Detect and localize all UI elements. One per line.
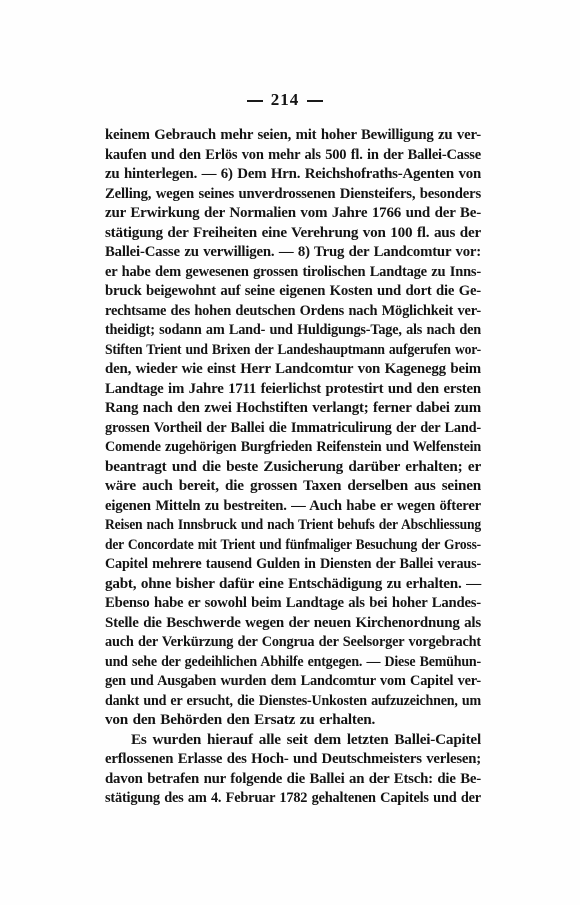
right-dash — [307, 100, 323, 102]
page-number-header: 214 — [0, 90, 570, 110]
text-line: grossen Vortheil der Ballei die Immatric… — [105, 418, 481, 438]
text-line: beantragt und die beste Zusicherung darü… — [105, 457, 481, 477]
text-line-paragraph-end: von den Behörden den Ersatz zu erhalten. — [105, 710, 481, 730]
text-line: theidigt; sodann am Land- und Huldigungs… — [105, 320, 481, 340]
text-line: eigenen Mitteln zu bestreiten. — Auch ha… — [105, 496, 481, 516]
text-line: zur Erwirkung der Normalien vom Jahre 17… — [105, 203, 481, 223]
text-line: Stelle die Beschwerde wegen der neuen Ki… — [105, 613, 481, 633]
page-number: 214 — [271, 90, 300, 109]
text-line: Ballei-Casse zu verwilligen. — 8) Trug d… — [105, 242, 481, 262]
text-line: Capitel mehrere tausend Gulden in Dienst… — [105, 554, 481, 574]
body-text: keinem Gebrauch mehr seien, mit hoher Be… — [105, 125, 481, 808]
text-line: gen und Ausgaben wurden dem Landcomtur v… — [105, 671, 481, 691]
text-line: keinem Gebrauch mehr seien, mit hoher Be… — [105, 125, 481, 145]
text-line: Landtage im Jahre 1711 feierlichst prote… — [105, 379, 481, 399]
text-line: Rang nach den zwei Hochstiften verlangt;… — [105, 398, 481, 418]
text-line: bruck beigewohnt auf seine eigenen Koste… — [105, 281, 481, 301]
text-line: Reisen nach Innsbruck und nach Trient be… — [105, 515, 481, 535]
text-line: kaufen und den Erlös von mehr als 500 fl… — [105, 145, 481, 165]
text-line: er habe dem gewesenen grossen tirolische… — [105, 262, 481, 282]
left-dash — [247, 100, 263, 102]
text-line: auch der Verkürzung der Congrua der Seel… — [105, 632, 481, 652]
text-line: dankt und er ersucht, die Dienstes-Unkos… — [105, 691, 481, 711]
text-line: davon betrafen nur folgende die Ballei a… — [105, 769, 481, 789]
text-line: und sehe der gedeihlichen Abhilfe entgeg… — [105, 652, 481, 672]
text-line: rechtsame des hohen deutschen Ordens nac… — [105, 301, 481, 321]
text-line: Stiften Trient und Brixen der Landeshaup… — [105, 340, 481, 360]
text-line-paragraph-start: Es wurden hierauf alle seit dem letzten … — [105, 730, 481, 750]
book-page: 214 keinem Gebrauch mehr seien, mit hohe… — [0, 0, 580, 905]
text-line: wäre auch bereit, die grossen Taxen ders… — [105, 476, 481, 496]
text-line: stätigung des am 4. Februar 1782 gehalte… — [105, 788, 481, 808]
text-line: erflossenen Erlasse des Hoch- und Deutsc… — [105, 749, 481, 769]
text-line: der Concordate mit Trient und fünfmalige… — [105, 535, 481, 555]
text-line: stätigung der Freiheiten eine Verehrung … — [105, 223, 481, 243]
text-line: zu hinterlegen. — 6) Dem Hrn. Reichshofr… — [105, 164, 481, 184]
text-line: gabt, ohne bisher dafür eine Entschädigu… — [105, 574, 481, 594]
text-line: den, wieder wie einst Herr Landcomtur vo… — [105, 359, 481, 379]
text-line: Ebenso habe er sowohl beim Landtage als … — [105, 593, 481, 613]
text-line: Comende zugehörigen Burgfrieden Reifenst… — [105, 437, 481, 457]
text-line: Zelling, wegen seines unverdrossenen Die… — [105, 184, 481, 204]
